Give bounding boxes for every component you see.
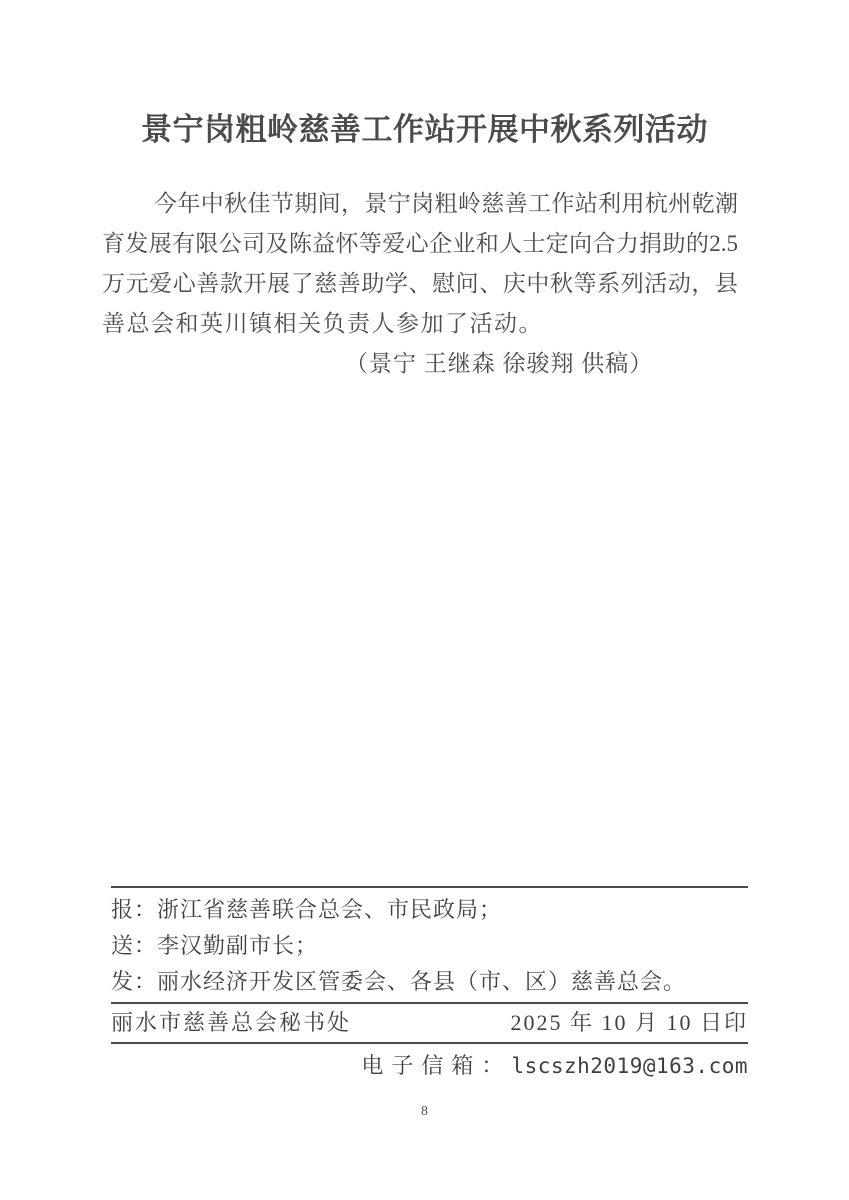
email-label: 电子信箱： (361, 1053, 511, 1078)
distribution-line-send: 送：李汉勤副市长； (111, 928, 748, 964)
document-title: 景宁岗粗岭慈善工作站开展中秋系列活动 (0, 109, 849, 151)
body-line-4: 善总会和英川镇相关负责人参加了活动。 (102, 304, 738, 344)
issuer-row: 丽水市慈善总会秘书处 2025 年 10 月 10 日印 (111, 1004, 748, 1042)
email-row: 电子信箱：lscszh2019@163.com (111, 1044, 748, 1086)
page-number: 8 (0, 1103, 849, 1121)
body-line-3: 万元爱心善款开展了慈善助学、慰问、庆中秋等系列活动，县慈 (102, 264, 738, 304)
article-body: 今年中秋佳节期间，景宁岗粗岭慈善工作站利用杭州乾潮体 育发展有限公司及陈益怀等爱… (102, 184, 738, 384)
distribution-line-report: 报：浙江省慈善联合总会、市民政局； (111, 892, 748, 928)
email-value: lscszh2019@163.com (511, 1054, 748, 1078)
distribution-line-issue: 发：丽水经济开发区管委会、各县（市、区）慈善总会。 (111, 964, 748, 1000)
issuer: 丽水市慈善总会秘书处 (111, 1004, 351, 1042)
distribution-list: 报：浙江省慈善联合总会、市民政局； 送：李汉勤副市长； 发：丽水经济开发区管委会… (111, 888, 748, 1002)
document-page: 景宁岗粗岭慈善工作站开展中秋系列活动 今年中秋佳节期间，景宁岗粗岭慈善工作站利用… (0, 0, 849, 1200)
body-line-2: 育发展有限公司及陈益怀等爱心企业和人士定向合力捐助的2.5 (102, 224, 738, 264)
document-footer: 报：浙江省慈善联合总会、市民政局； 送：李汉勤副市长； 发：丽水经济开发区管委会… (111, 886, 748, 1086)
body-line-1: 今年中秋佳节期间，景宁岗粗岭慈善工作站利用杭州乾潮体 (102, 184, 738, 224)
print-date: 2025 年 10 月 10 日印 (510, 1004, 748, 1042)
byline: （景宁 王继森 徐骏翔 供稿） (345, 344, 738, 384)
